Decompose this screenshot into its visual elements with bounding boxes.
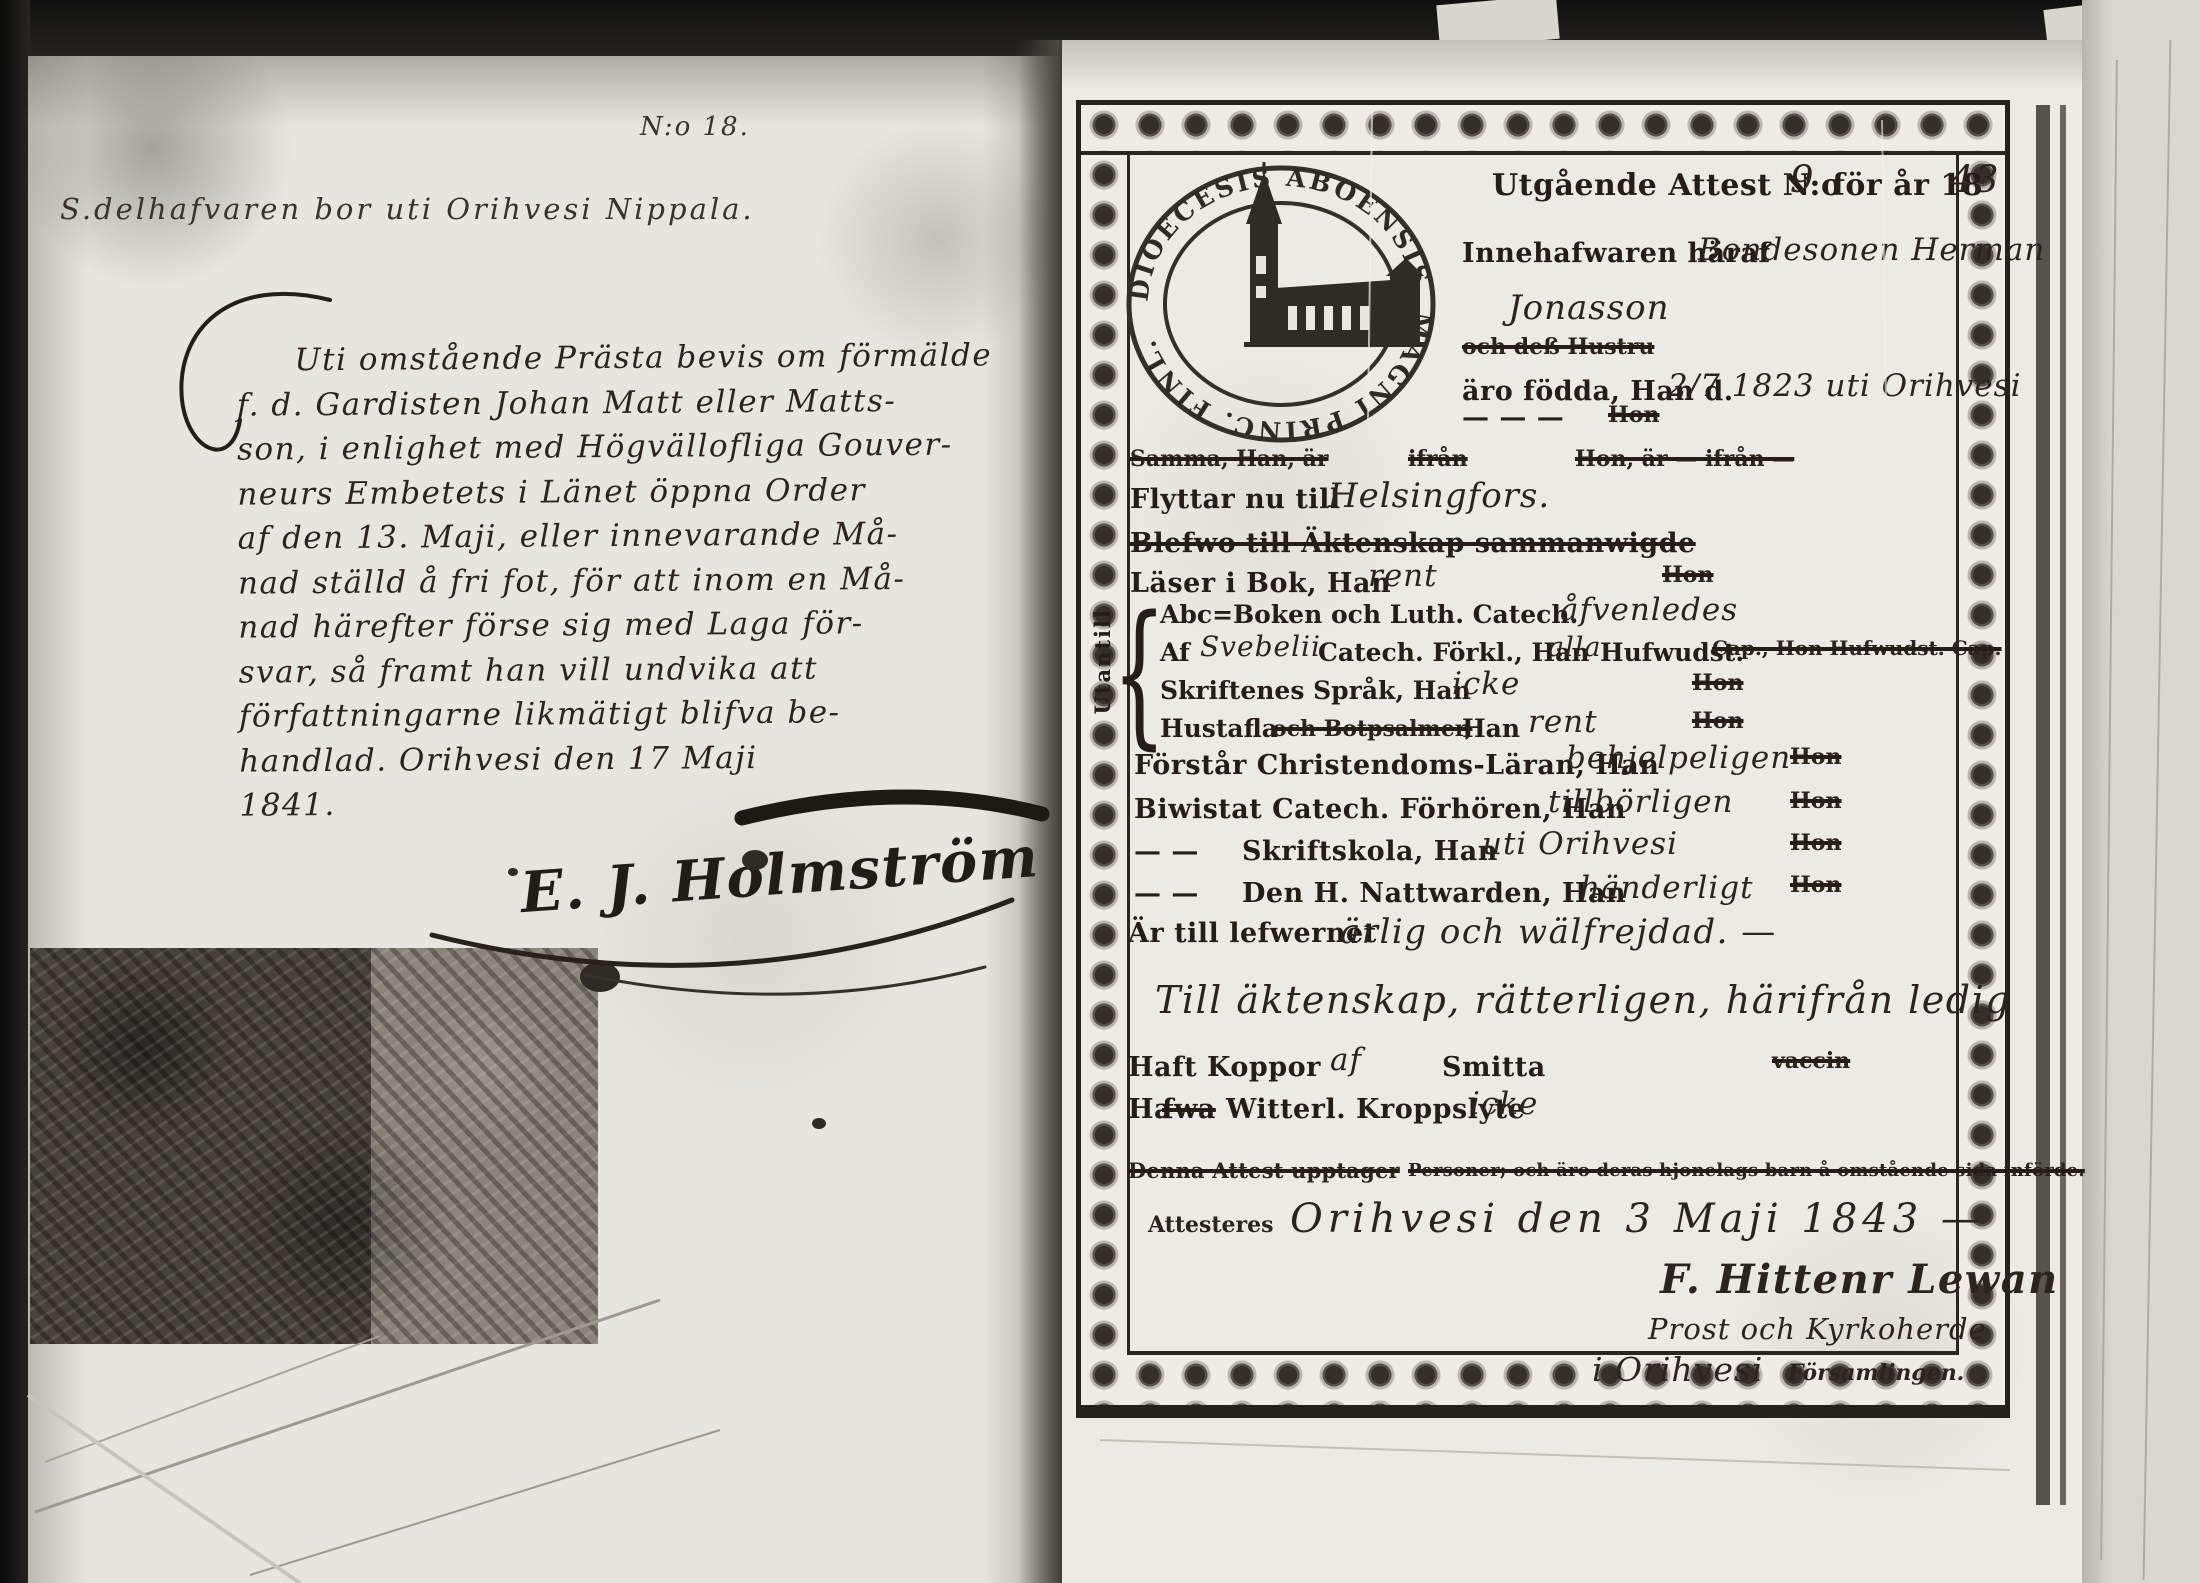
- reading-value-hw: rent: [1368, 558, 1438, 594]
- catech-hon-struck: Hon: [1790, 788, 1841, 814]
- paragraph-line: neurs Embetets i Länet öppna Order: [237, 467, 993, 517]
- memory-brace: {: [1112, 582, 1167, 764]
- weathered-cover-fragment: [30, 948, 598, 1344]
- signer-title-hw: Prost och Kyrkoherde: [1648, 1312, 1987, 1346]
- born-value-hw: 2/7 1823 uti Orihvesi: [1668, 368, 2021, 404]
- signer-congregation: Församlingen.: [1788, 1360, 1964, 1386]
- ink-stain: [580, 962, 620, 992]
- samma-right-struck: Hon, är — ifrån —: [1575, 446, 1794, 472]
- attestation-value-hw: Orihvesi den 3 Maji 1843 —: [1290, 1196, 1986, 1242]
- memory-l3-value-hw: icke: [1452, 666, 1520, 702]
- paragraph-line: f. d. Gardisten Johan Matt eller Matts-: [237, 378, 993, 428]
- marriage-struck: Blefwo till Äktenskap sammanwigde: [1130, 528, 1696, 559]
- memory-l4-label-b: Han: [1462, 714, 1520, 743]
- attest-number-hw: 9: [1790, 158, 1815, 201]
- memory-l2-struck: Cap., Hon Hufwudst. Cap.: [1712, 636, 2002, 660]
- skriftskola-dashes: — —: [1134, 836, 1199, 867]
- smallpox-value-a-hw: af: [1330, 1042, 1362, 1078]
- moving-label: Flyttar nu till: [1130, 484, 1341, 515]
- samma-left-struck: Samma, Han, är: [1130, 446, 1328, 472]
- ink-speck: [508, 868, 518, 876]
- dash-row-dashes: — — —: [1462, 402, 1564, 433]
- memory-l2-label-a: Af: [1160, 638, 1190, 667]
- skriftskola-hon-struck: Hon: [1790, 830, 1841, 856]
- memory-l3-hon-struck: Hon: [1692, 670, 1743, 696]
- smallpox-label-a: Haft Koppor: [1128, 1052, 1321, 1083]
- memory-l3-label: Skriftenes Språk, Han: [1160, 676, 1471, 705]
- bodily-value-hw: icke: [1470, 1086, 1538, 1122]
- left-main-paragraph: Uti omstående Prästa bevis om förmälde f…: [236, 333, 995, 828]
- paragraph-line: af den 13. Maji, eller innevarande Må-: [238, 511, 994, 561]
- paragraph-line: nad härefter förse sig med Laga för-: [238, 600, 994, 650]
- memory-l4-value-hw: rent: [1528, 704, 1598, 740]
- photo-left-dark-edge: [0, 0, 30, 1583]
- memory-l1-value-hw: åfvenledes: [1560, 592, 1738, 628]
- conduct-value-hw: ärlig och wälfrejdad. —: [1340, 912, 1777, 952]
- attest-struck-part1: Denna Attest upptager: [1128, 1158, 1400, 1183]
- smallpox-label-b: Smitta: [1442, 1052, 1546, 1083]
- paragraph-line: Uti omstående Prästa bevis om förmälde: [294, 333, 992, 382]
- page-edge-line: [2060, 105, 2066, 1505]
- memory-l2-value-b-hw: alla: [1548, 632, 1601, 663]
- smallpox-vaccin-struck: vaccin: [1772, 1048, 1850, 1074]
- memory-l4-struck-mid: och Botpsalmer,: [1272, 716, 1472, 742]
- page-stack-edge: [2082, 0, 2200, 1583]
- paragraph-line: son, i enlighet med Högvällofliga Gouver…: [237, 422, 993, 472]
- dash-row-hon-struck: Hon: [1608, 402, 1659, 428]
- reading-label: Läser i Bok, Han: [1130, 568, 1391, 599]
- nattvard-hon-struck: Hon: [1790, 872, 1841, 898]
- signer-place-hw: i Orihvesi: [1592, 1350, 1763, 1389]
- skriftskola-value-hw: uti Orihvesi: [1482, 826, 1678, 862]
- paragraph-line: 1841.: [239, 778, 995, 828]
- diocese-seal: DIOECESIS ABOENSIS. MAGNI PRINC. FINL.: [1108, 156, 1454, 452]
- skriftskola-label: Skriftskola, Han: [1242, 836, 1498, 867]
- christendom-value-hw: behjelpeligen: [1566, 740, 1791, 776]
- attest-year-hw: 43: [1950, 158, 2000, 201]
- memory-l2-value-a-hw: Svebelii: [1200, 630, 1321, 663]
- attest-struck-part2: Personer; och äro deras hjonelags barn å…: [1408, 1160, 2085, 1181]
- left-doc-number: N:o 18.: [640, 112, 750, 142]
- marriage-free-hw: Till äktenskap, rätterligen, härifrån le…: [1155, 978, 2011, 1022]
- memory-l1-label: Abc=Boken och Luth. Catech.: [1160, 600, 1578, 629]
- catech-value-hw: tillbörligen: [1548, 784, 1734, 820]
- memory-l4-hon-struck: Hon: [1692, 708, 1743, 734]
- paragraph-line: nad ställd å fri fot, för att inom en Må…: [238, 556, 994, 606]
- paragraph-line: svar, så framt han vill undvika att: [238, 645, 994, 695]
- memory-l4-label-a: Hustafla: [1160, 714, 1278, 743]
- samma-ifran-struck: ifrån: [1408, 446, 1468, 472]
- christendom-hon-struck: Hon: [1790, 744, 1841, 770]
- holder-name-line1: Bondesonen Herman: [1698, 232, 2045, 268]
- bodily-struck-a: fwa: [1162, 1094, 1216, 1125]
- left-header-note: S.delhafvaren bor uti Orihvesi Nippala.: [60, 192, 755, 226]
- nattvard-label: Den H. Nattwarden, Han: [1242, 878, 1626, 909]
- moving-value-hw: Helsingfors.: [1328, 476, 1550, 516]
- signer-name-hw: F. Hittenr Lewan: [1660, 1256, 2059, 1303]
- paragraph-line: författningarne likmätigt blifva be-: [239, 689, 995, 739]
- nattvard-value-hw: händerligt: [1580, 870, 1754, 906]
- ink-speck: [812, 1118, 826, 1129]
- spouse-struck: och deß Hustru: [1462, 334, 1654, 360]
- holder-name-line2: Jonasson: [1508, 288, 1670, 328]
- ink-stain: [742, 850, 768, 870]
- archival-photo-spread: N:o 18. S.delhafvaren bor uti Orihvesi N…: [0, 0, 2200, 1583]
- paragraph-line: handlad. Orihvesi den 17 Maji: [239, 734, 995, 784]
- attestation-label: Attesteres: [1148, 1212, 1274, 1238]
- rosette-border-top: [1081, 105, 2005, 155]
- nattvard-dashes: — —: [1134, 878, 1199, 909]
- reading-hon-struck: Hon: [1662, 562, 1713, 588]
